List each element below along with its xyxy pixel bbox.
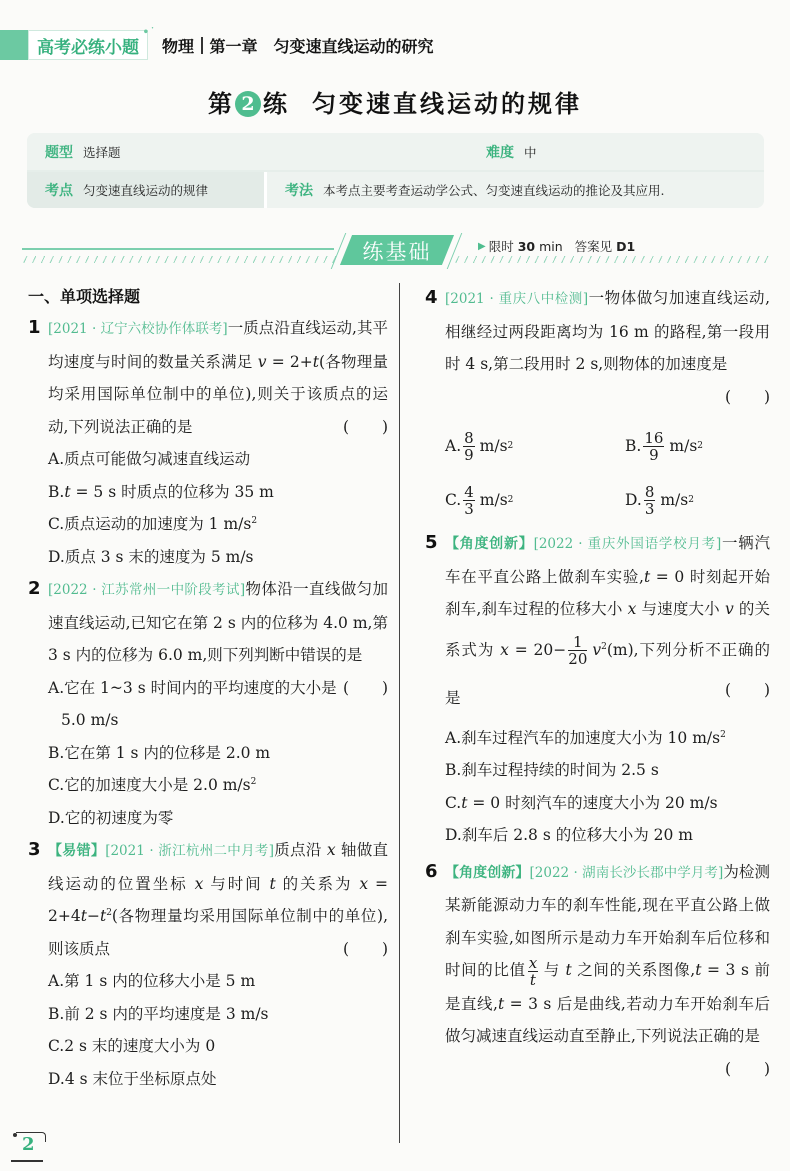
- option-label: C.: [445, 484, 461, 517]
- question-source: [2022 · 江苏常州一中阶段考试]: [48, 582, 245, 598]
- running-header: 高考必练小题 •˙ 物理 第一章 匀变速直线运动的研究: [0, 30, 460, 60]
- answer-blank[interactable]: ( ): [725, 388, 770, 406]
- option-c[interactable]: C.t = 0 时刻汽车的速度大小为 20 m/s: [425, 787, 770, 820]
- option-text: 第 1 s 内的位移大小是 5 m: [64, 972, 255, 990]
- denominator: 9: [463, 447, 475, 463]
- option-text: 它的初速度为零: [65, 809, 174, 827]
- question-source: [2022 · 重庆外国语学校月考]: [534, 536, 722, 552]
- option-label: D.: [48, 548, 65, 566]
- option-text: = 5 s 时质点的位移为 35 m: [71, 483, 274, 501]
- option-label: D.: [625, 484, 642, 517]
- option-a[interactable]: A.刹车过程汽车的加速度大小为 10 m/s2: [425, 722, 770, 755]
- option-label: C.: [48, 515, 64, 533]
- var-x: x: [327, 841, 336, 859]
- time-limit-info: ▶ 限时 30 min 答案见 D1: [478, 237, 635, 255]
- option-d[interactable]: D.它的初速度为零: [28, 802, 388, 835]
- var-v: v: [725, 600, 734, 618]
- option-c[interactable]: C.2 s 末的速度大小为 0: [28, 1030, 388, 1063]
- banner-line: [22, 248, 334, 250]
- option-b[interactable]: B.它在第 1 s 内的位移是 2.0 m: [28, 737, 388, 770]
- option-text: 刹车后 2.8 s 的位移大小为 20 m: [462, 826, 693, 844]
- exam-point-value: 匀变速直线运动的规律: [83, 181, 208, 199]
- section-banner: 练基础 ▶ 限时 30 min 答案见 D1: [22, 233, 770, 269]
- fraction: 83: [644, 484, 656, 517]
- stem-text: 质点沿: [274, 841, 327, 859]
- chapter: 第一章: [210, 34, 258, 57]
- answer-blank[interactable]: ( ): [343, 672, 388, 705]
- question-number: 4: [425, 282, 438, 315]
- question-tag: 【角度创新】: [445, 536, 534, 552]
- superscript: 2: [251, 777, 257, 787]
- question-number: 6: [425, 856, 438, 889]
- option-text: 刹车过程汽车的加速度大小为 10 m/s: [461, 729, 720, 747]
- option-text: 质点可能做匀减速直线运动: [64, 450, 250, 468]
- question-stem: [2022 · 江苏常州一中阶段考试]物体沿一直线做匀加速直线运动,已知它在第 …: [28, 573, 388, 672]
- question-number: 1: [28, 312, 41, 345]
- exam-method-label: 考法: [285, 180, 313, 200]
- option-text: 前 2 s 内的平均速度是 3 m/s: [64, 1005, 268, 1023]
- banner-hatch-right: [454, 256, 770, 263]
- info-row-1: 题型 选择题 难度 中: [27, 133, 764, 170]
- option-b[interactable]: B.刹车过程持续的时间为 2.5 s: [425, 754, 770, 787]
- page-underline: [11, 1160, 43, 1162]
- exercise-number-badge: 2: [235, 91, 261, 117]
- option-d[interactable]: D.83m/s2: [625, 479, 790, 521]
- exam-point-label: 考点: [45, 180, 73, 200]
- info-row-2: 考点 匀变速直线运动的规律 考法 本考点主要考查运动学公式、匀变速直线运动的推论…: [27, 172, 764, 208]
- numerator: 8: [644, 484, 656, 501]
- banner-hatch-left: [22, 256, 342, 263]
- page-title: 第2练匀变速直线运动的规律: [0, 84, 790, 119]
- question-type-value: 选择题: [83, 143, 121, 161]
- option-a[interactable]: A.质点可能做匀减速直线运动: [28, 443, 388, 476]
- answer-ref-label: 答案见: [575, 237, 613, 255]
- option-a[interactable]: A.它在 1~3 s 时间内的平均速度的大小是: [28, 672, 388, 705]
- var-v: v: [258, 353, 267, 371]
- unit: m/s: [669, 430, 697, 463]
- page-number: 2: [10, 1130, 44, 1158]
- stem-text: = 20−: [509, 641, 566, 659]
- left-column: 一、单项选择题 1 [2021 · 辽宁六校协作体联考]一质点沿直线运动,其平均…: [28, 282, 388, 1095]
- fraction: xt: [528, 955, 538, 988]
- option-label: C.: [48, 1037, 64, 1055]
- fraction: 89: [463, 430, 475, 463]
- exam-method: 考法 本考点主要考查运动学公式、匀变速直线运动的推论及其应用.: [264, 172, 764, 208]
- numerator: 1: [568, 634, 587, 651]
- option-label: C.: [48, 776, 64, 794]
- option-text: 刹车过程持续的时间为 2.5 s: [461, 761, 658, 779]
- difficulty-label: 难度: [486, 142, 514, 162]
- option-d[interactable]: D.刹车后 2.8 s 的位移大小为 20 m: [425, 819, 770, 852]
- option-text: 质点 3 s 末的速度为 5 m/s: [65, 548, 254, 566]
- header-accent-bar: [0, 30, 28, 60]
- stem-text: −: [87, 907, 100, 925]
- option-c[interactable]: C.它的加速度大小是 2.0 m/s2: [28, 769, 388, 802]
- question-4: 4 [2021 · 重庆八中检测]一物体做匀加速直线运动,相继经过两段距离均为 …: [425, 282, 770, 521]
- question-stem: [2021 · 辽宁六校协作体联考]一质点沿直线运动,其平均速度与时间的数量关系…: [28, 312, 388, 443]
- question-6: 6 【角度创新】[2022 · 湖南长沙长郡中学月考]为检测某新能源动力车的刹车…: [425, 856, 770, 1053]
- option-label: D.: [48, 809, 65, 827]
- superscript: 2: [251, 516, 257, 526]
- banner-tag: 练基础: [346, 236, 448, 266]
- section-heading: 一、单项选择题: [28, 282, 388, 312]
- question-number: 3: [28, 834, 41, 867]
- right-column: 4 [2021 · 重庆八中检测]一物体做匀加速直线运动,相继经过两段距离均为 …: [425, 282, 770, 1085]
- option-text: 2 s 末的速度大小为 0: [64, 1037, 215, 1055]
- option-text: 它的加速度大小是 2.0 m/s: [64, 776, 250, 794]
- page-number-value: 2: [22, 1134, 35, 1155]
- option-label: D.: [48, 1070, 65, 1088]
- stem-text: 与速度大小: [636, 600, 725, 618]
- option-label: B.: [48, 744, 64, 762]
- unit: m/s: [660, 484, 688, 517]
- question-type: 题型 选择题: [27, 133, 264, 170]
- fraction: 169: [643, 430, 664, 463]
- answer-ref: D1: [616, 239, 635, 254]
- option-label: A.: [48, 679, 64, 697]
- stem-text: = 2+: [267, 353, 313, 371]
- question-source: [2021 · 浙江杭州二中月考]: [105, 843, 274, 859]
- numerator: 16: [643, 430, 664, 447]
- stem-text: 与: [543, 961, 565, 979]
- option-label: D.: [445, 826, 462, 844]
- option-c[interactable]: C.43m/s2: [445, 479, 625, 521]
- time-limit-unit: min: [539, 239, 563, 254]
- denominator: t: [530, 971, 536, 989]
- option-text: 它在第 1 s 内的位移是 2.0 m: [64, 744, 270, 762]
- question-tag: 【角度创新】: [445, 865, 530, 881]
- chapter-name: 匀变速直线运动的研究: [274, 34, 434, 57]
- question-1: 1 [2021 · 辽宁六校协作体联考]一质点沿直线运动,其平均速度与时间的数量…: [28, 312, 388, 573]
- option-label: A.: [445, 430, 461, 463]
- difficulty-value: 中: [524, 143, 537, 161]
- denominator: 3: [644, 501, 656, 517]
- question-source: [2021 · 重庆八中检测]: [445, 291, 588, 307]
- chapter-heading: 物理 第一章 匀变速直线运动的研究: [162, 34, 434, 57]
- difficulty: 难度 中: [264, 133, 537, 170]
- question-number: 2: [28, 573, 41, 606]
- decorative-dots-icon: •˙: [143, 27, 156, 38]
- option-label: B.: [445, 761, 461, 779]
- exam-point: 考点 匀变速直线运动的规律: [27, 172, 264, 208]
- option-a-continued[interactable]: 5.0 m/s: [28, 704, 388, 737]
- question-stem: 【角度创新】[2022 · 湖南长沙长郡中学月考]为检测某新能源动力车的刹车性能…: [425, 856, 770, 1053]
- option-a[interactable]: A.第 1 s 内的位移大小是 5 m: [28, 965, 388, 998]
- question-stem: 【角度创新】[2022 · 重庆外国语学校月考]一辆汽车在平直公路上做刹车实验,…: [425, 527, 770, 722]
- series-brand-text: 高考必练小题: [37, 33, 139, 58]
- exam-method-value: 本考点主要考查运动学公式、匀变速直线运动的推论及其应用.: [323, 181, 664, 199]
- answer-blank[interactable]: ( ): [343, 933, 388, 966]
- option-b[interactable]: B.t = 5 s 时质点的位移为 35 m: [28, 476, 388, 509]
- unit: m/s: [480, 484, 508, 517]
- question-number: 5: [425, 527, 438, 560]
- numerator: 8: [463, 430, 475, 447]
- question-source: [2021 · 辽宁六校协作体联考]: [48, 321, 228, 337]
- option-b[interactable]: B.前 2 s 内的平均速度是 3 m/s: [28, 998, 388, 1031]
- option-text: 它在 1~3 s 时间内的平均速度的大小是: [64, 679, 336, 697]
- var-v: v: [592, 641, 601, 659]
- answer-blank[interactable]: ( ): [725, 674, 770, 707]
- option-c[interactable]: C.质点运动的加速度为 1 m/s2: [28, 508, 388, 541]
- question-3: 3 【易错】[2021 · 浙江杭州二中月考]质点沿 x 轴做直线运动的位置坐标…: [28, 834, 388, 1095]
- option-text: 质点运动的加速度为 1 m/s: [64, 515, 251, 533]
- option-label: C.: [445, 794, 461, 812]
- question-type-label: 题型: [45, 142, 73, 162]
- time-limit-value: 30: [518, 239, 535, 254]
- question-5: 5 【角度创新】[2022 · 重庆外国语学校月考]一辆汽车在平直公路上做刹车实…: [425, 527, 770, 852]
- triangle-right-icon: ▶: [478, 241, 486, 252]
- option-text: = 0 时刻汽车的速度大小为 20 m/s: [467, 794, 717, 812]
- question-source: [2022 · 湖南长沙长郡中学月考]: [530, 865, 724, 881]
- options-grid: A.89m/s2 B.169m/s2 C.43m/s2 D.83m/s2: [425, 425, 770, 521]
- option-a[interactable]: A.89m/s2: [445, 425, 625, 467]
- answer-blank[interactable]: ( ): [725, 1053, 770, 1086]
- var-x: x: [500, 641, 509, 659]
- stem-text: 与时间: [203, 875, 269, 893]
- denominator: 3: [463, 501, 475, 517]
- var-x: x: [359, 875, 368, 893]
- stem-text: 之间的关系图像,: [572, 961, 695, 979]
- question-tag: 【易错】: [48, 843, 105, 859]
- option-label: A.: [48, 450, 64, 468]
- denominator: 20: [568, 651, 587, 667]
- subject: 物理: [162, 34, 194, 57]
- answer-blank[interactable]: ( ): [343, 411, 388, 444]
- question-stem: [2021 · 重庆八中检测]一物体做匀加速直线运动,相继经过两段距离均为 16…: [425, 282, 770, 413]
- numerator: 4: [463, 484, 475, 501]
- stem-text: 的关系为: [276, 875, 360, 893]
- option-label: A.: [445, 729, 461, 747]
- title-topic: 匀变速直线运动的规律: [312, 90, 582, 118]
- title-suffix: 练: [263, 90, 288, 118]
- fraction: 43: [463, 484, 475, 517]
- option-label: A.: [48, 972, 64, 990]
- denominator: 9: [643, 447, 664, 463]
- superscript: 2: [720, 730, 726, 740]
- info-panel: 题型 选择题 难度 中 考点 匀变速直线运动的规律 考法 本考点主要考查运动学公…: [27, 133, 764, 208]
- option-b[interactable]: B.169m/s2: [625, 425, 790, 467]
- option-label: B.: [48, 483, 64, 501]
- title-prefix: 第: [208, 90, 233, 118]
- numerator: x: [529, 954, 537, 972]
- separator: [201, 37, 203, 54]
- option-label: B.: [625, 430, 641, 463]
- unit: m/s: [480, 430, 508, 463]
- column-divider: [399, 283, 400, 1143]
- option-d[interactable]: D.4 s 末位于坐标原点处: [28, 1063, 388, 1096]
- fraction: 120: [568, 634, 587, 667]
- option-label: B.: [48, 1005, 64, 1023]
- option-text: 4 s 末位于坐标原点处: [65, 1070, 217, 1088]
- question-stem: 【易错】[2021 · 浙江杭州二中月考]质点沿 x 轴做直线运动的位置坐标 x…: [28, 834, 388, 965]
- time-limit-label: 限时: [489, 237, 514, 255]
- series-brand: 高考必练小题 •˙: [28, 30, 148, 60]
- option-text: 5.0 m/s: [61, 711, 118, 729]
- question-2: 2 [2022 · 江苏常州一中阶段考试]物体沿一直线做匀加速直线运动,已知它在…: [28, 573, 388, 834]
- option-d[interactable]: D.质点 3 s 末的速度为 5 m/s: [28, 541, 388, 574]
